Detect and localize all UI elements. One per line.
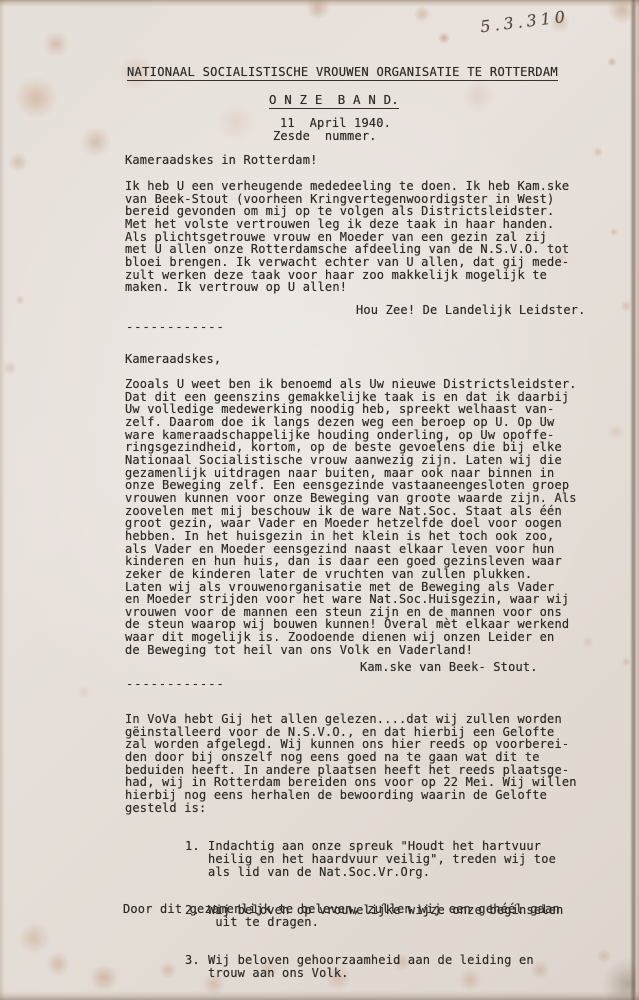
pledge-item-3-text: Wij beloven gehoorzaamheid aan de leidin… <box>208 954 534 979</box>
issue-number-line: Zesde nummer. <box>273 130 377 143</box>
bulletin-title-text: O N Z E B A N D. <box>269 94 399 109</box>
salutation-kameraadskes: Kameraadskes, <box>125 353 221 366</box>
pledge-item-1-text: Indachtig aan onze spreuk "Houdt het har… <box>208 840 556 878</box>
divider-dashes-1: ------------ <box>126 321 225 334</box>
divider-dashes-2: ------------ <box>126 678 225 691</box>
pledge-item-1-number: 1. <box>185 840 208 878</box>
document-scan: 5.3.310 NATIONAAL SOCIALISTISCHE VROUWEN… <box>0 0 639 1000</box>
org-title: NATIONAAL SOCIALISTISCHE VROUWEN ORGANIS… <box>127 66 558 81</box>
pledge-item-3: 3. Wij beloven gehoorzaamheid aan de lei… <box>185 954 563 979</box>
signoff-van-beek-stout: Kam.ske van Beek- Stout. <box>360 661 538 674</box>
org-title-text: NATIONAAL SOCIALISTISCHE VROUWEN ORGANIS… <box>127 66 558 81</box>
closing-line: Door dit gezamenlijk te beleven, zullen … <box>123 903 560 916</box>
pledge-item-3-number: 3. <box>185 954 208 979</box>
archival-number: 5.3.310 <box>479 7 570 37</box>
pledge-item-1: 1. Indachtig aan onze spreuk "Houdt het … <box>185 840 563 878</box>
salutation-rotterdam: Kameraadskes in Rotterdam! <box>125 154 318 167</box>
paragraph-announcement: Ik heb U een verheugende mededeeling te … <box>125 180 569 294</box>
paragraph-gelofte-intro: In VoVa hebt Gij het allen gelezen....da… <box>125 713 577 814</box>
paragraph-districtsleidster: Zooals U weet ben ik benoemd als Uw nieu… <box>125 378 577 656</box>
bulletin-title: O N Z E B A N D. <box>269 94 399 109</box>
signoff-landelijk-leidster: Hou Zee! De Landelijk Leidster. <box>356 304 586 317</box>
date-line: 11 April 1940. <box>280 117 391 130</box>
